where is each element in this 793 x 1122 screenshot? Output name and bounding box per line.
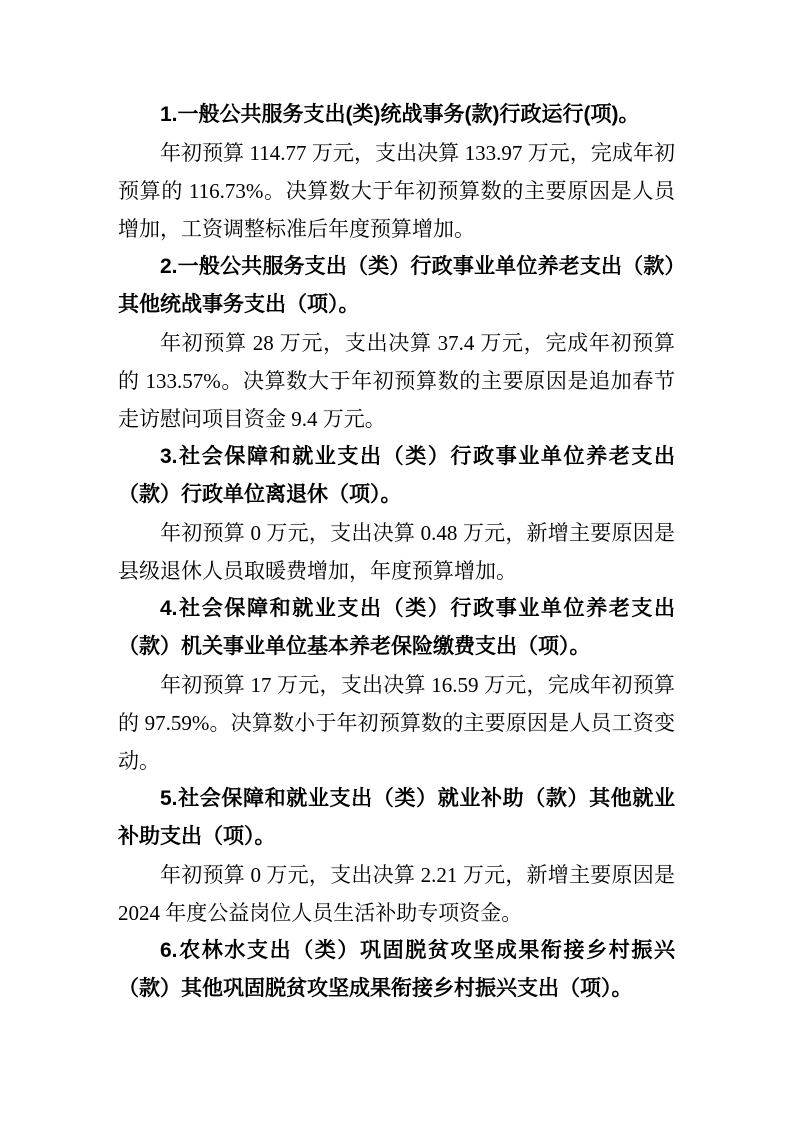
section-2-paragraph: 年初预算 28 万元，支出决算 37.4 万元，完成年初预算的 133.57%。… bbox=[118, 324, 675, 438]
section-6-heading: 6.农林水支出（类）巩固脱贫攻坚成果衔接乡村振兴（款）其他巩固脱贫攻坚成果衔接乡… bbox=[118, 932, 675, 1008]
section-3-paragraph: 年初预算 0 万元，支出决算 0.48 万元，新增主要原因是县级退休人员取暖费增… bbox=[118, 514, 675, 590]
section-1-heading: 1.一般公共服务支出(类)统战事务(款)行政运行(项)。 bbox=[118, 96, 675, 134]
section-5-paragraph: 年初预算 0 万元，支出决算 2.21 万元，新增主要原因是 2024 年度公益… bbox=[118, 856, 675, 932]
section-3-heading: 3.社会保障和就业支出（类）行政事业单位养老支出（款）行政单位离退休（项）。 bbox=[118, 438, 675, 514]
section-1-paragraph: 年初预算 114.77 万元，支出决算 133.97 万元，完成年初预算的 11… bbox=[118, 134, 675, 248]
section-2-heading: 2.一般公共服务支出（类）行政事业单位养老支出（款）其他统战事务支出（项）。 bbox=[118, 248, 675, 324]
section-4-heading: 4.社会保障和就业支出（类）行政事业单位养老支出（款）机关事业单位基本养老保险缴… bbox=[118, 590, 675, 666]
section-4-paragraph: 年初预算 17 万元，支出决算 16.59 万元，完成年初预算的 97.59%。… bbox=[118, 666, 675, 780]
section-5-heading: 5.社会保障和就业支出（类）就业补助（款）其他就业补助支出（项）。 bbox=[118, 780, 675, 856]
document-page: 1.一般公共服务支出(类)统战事务(款)行政运行(项)。 年初预算 114.77… bbox=[0, 0, 793, 1122]
